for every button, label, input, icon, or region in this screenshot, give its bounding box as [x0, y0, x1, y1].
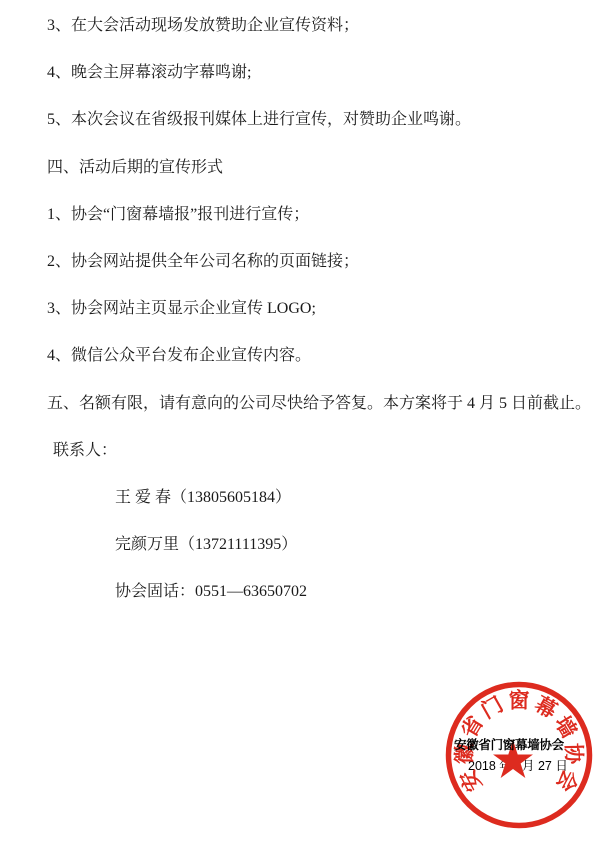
- contact-entry: 王 爱 春（13805605184）: [47, 474, 593, 521]
- contact-label: 联系人：: [47, 427, 593, 474]
- official-seal-stamp: 安徽省门窗幕墙协会 安徽省门窗幕墙协会 2018 年 月 27 日: [445, 681, 593, 829]
- svg-text:协: 协: [561, 743, 586, 766]
- contact-phone-entry: 协会固话：0551—63650702: [47, 568, 593, 615]
- list-item: 4、晚会主屏幕滚动字幕鸣谢;: [47, 49, 593, 96]
- list-item: 3、在大会活动现场发放赞助企业宣传资料；: [47, 2, 593, 49]
- section-heading: 四、活动后期的宣传形式: [47, 144, 593, 191]
- list-item: 4、微信公众平台发布企业宣传内容。: [47, 332, 593, 379]
- contact-entry: 完颜万里（13721111395）: [47, 521, 593, 568]
- seal-graphic: 安徽省门窗幕墙协会: [445, 681, 593, 829]
- list-item: 2、协会网站提供全年公司名称的页面链接；: [47, 238, 593, 285]
- seal-org-name: 安徽省门窗幕墙协会: [454, 735, 564, 753]
- document-body: 3、在大会活动现场发放赞助企业宣传资料； 4、晚会主屏幕滚动字幕鸣谢; 5、本次…: [47, 2, 593, 616]
- list-item: 3、协会网站主页显示企业宣传 LOGO;: [47, 285, 593, 332]
- list-item: 5、本次会议在省级报刊媒体上进行宣传，对赞助企业鸣谢。: [47, 96, 593, 143]
- svg-text:窗: 窗: [509, 689, 530, 713]
- list-item: 1、协会“门窗幕墙报”报刊进行宣传；: [47, 191, 593, 238]
- section-heading: 五、名额有限，请有意向的公司尽快给予答复。本方案将于 4 月 5 日前截止。: [47, 380, 593, 427]
- document-page: { "doc": { "lines": [ "3、在大会活动现场发放赞助企业宣传…: [0, 0, 601, 854]
